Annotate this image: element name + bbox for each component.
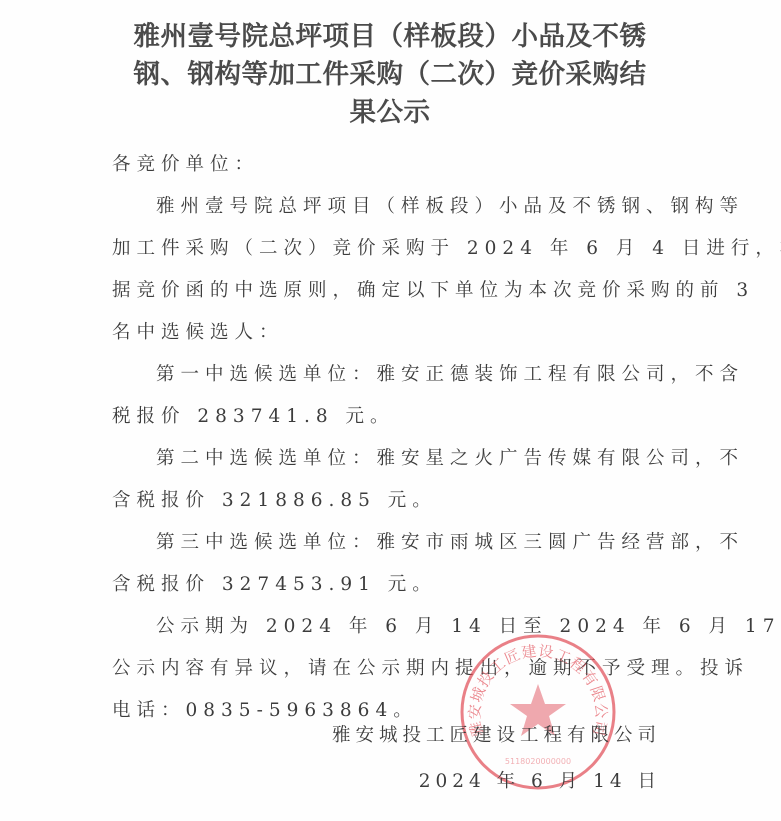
candidate-2-line: 第二中选候选单位：雅安星之火广告传媒有限公司，不 xyxy=(112,438,668,480)
document-page: 雅州壹号院总坪项目（样板段）小品及不锈 钢、钢构等加工件采购（二次）竞价采购结 … xyxy=(0,0,781,821)
intro-line: 名中选候选人： xyxy=(112,312,668,354)
candidate-1-price-line: 税报价 283741.8 元。 xyxy=(112,396,668,438)
salutation: 各竞价单位： xyxy=(112,144,668,186)
intro-line: 加工件采购（二次）竞价采购于 2024 年 6 月 4 日进行，根 xyxy=(112,228,668,270)
title-line: 钢、钢构等加工件采购（二次）竞价采购结 xyxy=(100,56,680,94)
candidate-3-price-line: 含税报价 327453.91 元。 xyxy=(112,564,668,606)
document-title: 雅州壹号院总坪项目（样板段）小品及不锈 钢、钢构等加工件采购（二次）竞价采购结 … xyxy=(100,18,680,132)
title-line: 果公示 xyxy=(100,94,680,132)
candidate-1-line: 第一中选候选单位：雅安正德装饰工程有限公司，不含 xyxy=(112,354,668,396)
candidate-2-price-line: 含税报价 321886.85 元。 xyxy=(112,480,668,522)
candidate-3-line: 第三中选候选单位：雅安市雨城区三圆广告经营部，不 xyxy=(112,522,668,564)
intro-line: 据竞价函的中选原则，确定以下单位为本次竞价采购的前 3 xyxy=(112,270,668,312)
signature-date: 2024 年 6 月 14 日 xyxy=(332,759,661,805)
intro-line: 雅州壹号院总坪项目（样板段）小品及不锈钢、钢构等 xyxy=(112,186,668,228)
signature-block: 雅安城投工匠建设工程有限公司 2024 年 6 月 14 日 xyxy=(332,713,661,805)
signature-company: 雅安城投工匠建设工程有限公司 xyxy=(332,713,661,759)
title-line: 雅州壹号院总坪项目（样板段）小品及不锈 xyxy=(100,18,680,56)
